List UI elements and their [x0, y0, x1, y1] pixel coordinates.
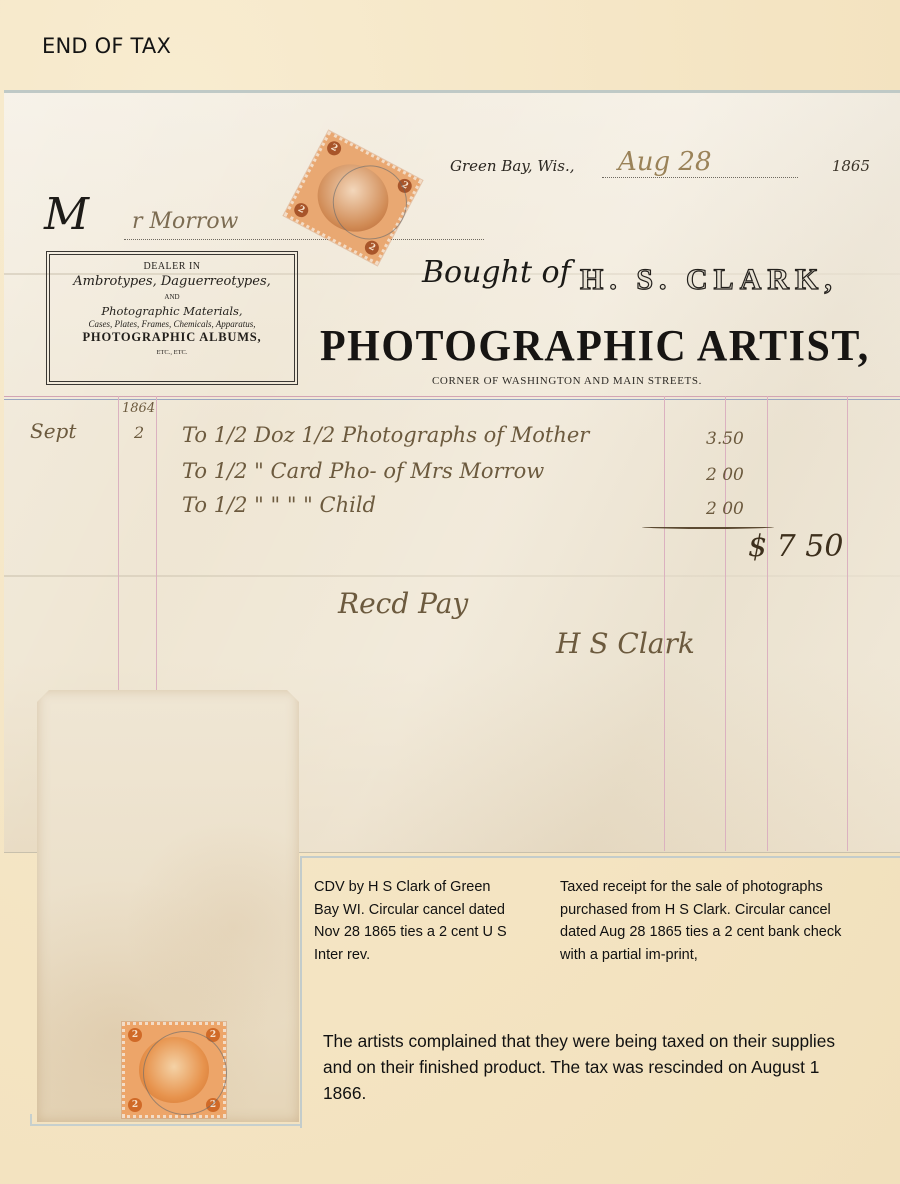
dealer-line: DEALER IN — [50, 261, 294, 272]
circular-cancel-icon — [143, 1031, 227, 1115]
merchant-signature: H S Clark — [556, 627, 695, 660]
salutation: M r Morrow — [44, 189, 484, 249]
ledger-column-line — [847, 396, 848, 851]
ledger-year-note: 1864 — [122, 401, 155, 416]
denomination-icon: 2 — [128, 1028, 142, 1042]
dealer-line: Photographic Materials, — [50, 304, 294, 318]
ledger-item-description: To 1/2 " " " " Child — [182, 493, 376, 517]
salutation-prefix: M — [44, 189, 89, 240]
city-label: Green Bay, Wis., — [450, 157, 575, 175]
ledger-month: Sept — [30, 419, 76, 443]
received-payment-note: Recd Pay — [338, 587, 468, 620]
ledger-item-amount: 3.50 — [706, 429, 744, 449]
year-label: 1865 — [832, 157, 870, 175]
dotted-rule — [602, 177, 798, 178]
dotted-rule — [124, 239, 484, 240]
dealer-line: Cases, Plates, Frames, Chemicals, Appara… — [50, 319, 294, 329]
customer-name: r Morrow — [132, 209, 238, 234]
dealer-line: Ambrotypes, Daguerreotypes, — [50, 274, 294, 289]
denomination-icon: 2 — [362, 238, 381, 257]
conclusion-text: The artists complained that they were be… — [323, 1028, 863, 1106]
dealer-line: PHOTOGRAPHIC ALBUMS, — [50, 330, 294, 345]
dealer-box: DEALER IN Ambrotypes, Daguerreotypes, AN… — [46, 251, 298, 385]
cdv-caption: CDV by H S Clark of Green Bay WI. Circul… — [314, 876, 514, 966]
ledger-day: 2 — [134, 423, 144, 442]
ledger-top-rule — [4, 396, 900, 400]
merchant-name: H. S. CLARK, — [580, 263, 838, 297]
profession-heading: PHOTOGRAPHIC ARTIST, — [320, 321, 870, 371]
date-line: Green Bay, Wis., Aug 28 1865 — [450, 155, 870, 181]
address-line: CORNER OF WASHINGTON AND MAIN STREETS. — [432, 375, 702, 387]
bought-of-label: Bought of — [422, 255, 571, 290]
ledger-item-amount: 2 00 — [706, 499, 744, 519]
receipt-caption: Taxed receipt for the sale of photograph… — [560, 876, 850, 966]
page-title: END OF TAX — [42, 34, 171, 58]
ledger-column-line — [767, 396, 768, 851]
ledger-item-description: To 1/2 " Card Pho- of Mrs Morrow — [182, 459, 544, 483]
denomination-icon: 2 — [325, 139, 344, 158]
dealer-line: ETC., ETC. — [50, 349, 294, 356]
handwritten-date: Aug 28 — [618, 147, 712, 177]
denomination-icon: 2 — [128, 1098, 142, 1112]
denomination-icon: 2 — [292, 201, 311, 220]
ledger-total: $ 7 50 — [748, 529, 843, 564]
dealer-line: AND — [50, 293, 294, 301]
ledger-column-line — [664, 396, 665, 851]
ledger-item-description: To 1/2 Doz 1/2 Photographs of Mother — [182, 423, 589, 447]
ledger-item-amount: 2 00 — [706, 465, 744, 485]
internal-revenue-stamp: 2 2 2 2 — [122, 1022, 226, 1118]
paper-fold — [4, 575, 900, 577]
